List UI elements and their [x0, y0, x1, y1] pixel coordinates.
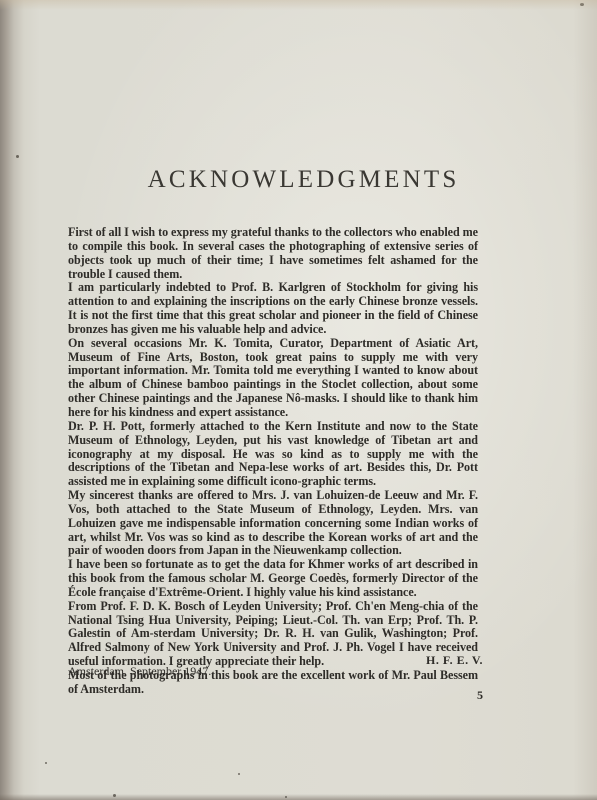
acknowledgments-body: First of all I wish to express my gratef…: [68, 226, 478, 697]
paragraph: My sincerest thanks are offered to Mrs. …: [68, 489, 478, 558]
paragraph: First of all I wish to express my gratef…: [68, 226, 478, 281]
paper-speck: [16, 155, 19, 158]
page-number: 5: [470, 688, 483, 703]
author-initials: H. F. E. V.: [370, 653, 483, 668]
paper-speck: [113, 794, 116, 797]
paragraph: I am particularly indebted to Prof. B. K…: [68, 281, 478, 336]
paper-speck: [580, 3, 584, 6]
paragraph: Dr. P. H. Pott, formerly attached to the…: [68, 420, 478, 489]
page-title: ACKNOWLEDGMENTS: [0, 166, 597, 194]
paper-speck: [45, 762, 47, 764]
place-and-date: Amsterdam, September 1947.: [68, 664, 211, 679]
paragraph: On several occasions Mr. K. Tomita, Cura…: [68, 337, 478, 420]
book-page: ACKNOWLEDGMENTS First of all I wish to e…: [0, 0, 597, 800]
paragraph: I have been so fortunate as to get the d…: [68, 558, 478, 600]
paper-speck: [285, 796, 287, 798]
paper-speck: [238, 773, 240, 775]
